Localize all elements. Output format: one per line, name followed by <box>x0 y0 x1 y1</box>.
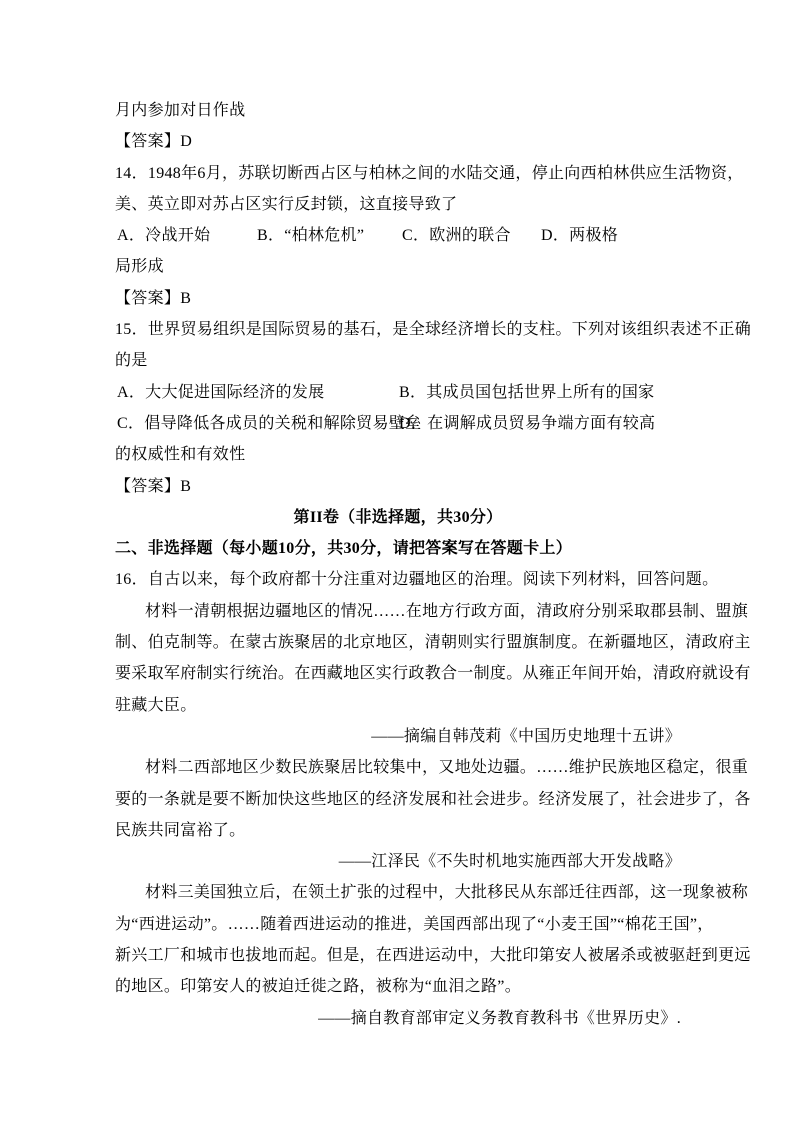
question14-option-b: B．“柏林危机” <box>257 220 364 251</box>
question13-stem-continuation: 月内参加对日作战 <box>115 95 681 126</box>
question15-options-row1: A．大大促进国际经济的发展 B．其成员国包括世界上所有的国家 <box>115 377 681 408</box>
part2-subheading: 二、非选择题（每小题10分，共30分，请把答案写在答题卡上） <box>115 533 681 564</box>
material3-line2: 为“西进运动”。……随着西进运动的推进，美国西部出现了“小麦王国”“棉花王国”， <box>115 909 681 940</box>
question14-options-row: A．冷战开始 B．“柏林危机” C．欧洲的联合 D．两极格 <box>115 220 681 251</box>
answer-question14: 【答案】B <box>115 283 681 314</box>
material1-line2: 制、伯克制等。在蒙古族聚居的北京地区，清朝则实行盟旗制度。在新疆地区，清政府主 <box>115 627 681 658</box>
answer-question13: 【答案】D <box>115 126 681 157</box>
material1-line4: 驻藏大臣。 <box>115 690 681 721</box>
question15-stem-line2: 的是 <box>115 345 681 376</box>
part2-heading: 第II卷（非选择题，共30分） <box>115 502 681 533</box>
question15-options-row2: C．倡导降低各成员的关税和解除贸易壁垒 D．在调解成员贸易争端方面有较高 <box>115 408 681 439</box>
question15-option-d: D．在调解成员贸易争端方面有较高 <box>399 408 655 439</box>
material2-source-citation: ——江泽民《不失时机地实施西部大开发战略》 <box>115 846 681 877</box>
question14-option-a: A．冷战开始 <box>117 220 210 251</box>
question16-stem: 16．自古以来，每个政府都十分注重对边疆地区的治理。阅读下列材料，回答问题。 <box>115 564 681 595</box>
material1-source-citation: ——摘编自韩茂莉《中国历史地理十五讲》 <box>115 721 681 752</box>
material2-line3: 民族共同富裕了。 <box>115 815 681 846</box>
exam-document-page: 月内参加对日作战 【答案】D 14．1948年6月，苏联切断西占区与柏林之间的水… <box>0 0 794 1123</box>
material3-line1: 材料三美国独立后，在领土扩张的过程中，大批移民从东部迁往西部，这一现象被称 <box>115 877 681 908</box>
question14-option-d-overflow: 局形成 <box>115 251 681 282</box>
question15-option-b: B．其成员国包括世界上所有的国家 <box>399 377 654 408</box>
exam-content: 月内参加对日作战 【答案】D 14．1948年6月，苏联切断西占区与柏林之间的水… <box>115 95 681 1034</box>
question15-option-d-overflow: 的权威性和有效性 <box>115 439 681 470</box>
question14-stem-line1: 14．1948年6月，苏联切断西占区与柏林之间的水陆交通，停止向西柏林供应生活物… <box>115 158 681 189</box>
answer-question15: 【答案】B <box>115 471 681 502</box>
material1-line1: 材料一清朝根据边疆地区的情况……在地方行政方面，清政府分别采取郡县制、盟旗 <box>115 596 681 627</box>
material3-line4: 的地区。印第安人的被迫迁徙之路，被称为“血泪之路”。 <box>115 971 681 1002</box>
material2-line2: 要的一条就是要不断加快这些地区的经济发展和社会进步。经济发展了，社会进步了，各 <box>115 784 681 815</box>
question14-option-c: C．欧洲的联合 <box>402 220 511 251</box>
question14-stem-line2: 美、英立即对苏占区实行反封锁，这直接导致了 <box>115 189 681 220</box>
material3-source-citation: ——摘自教育部审定义务教育教科书《世界历史》. <box>115 1003 681 1034</box>
material3-line3: 新兴工厂和城市也拔地而起。但是，在西进运动中，大批印第安人被屠杀或被驱赶到更远 <box>115 940 681 971</box>
material2-line1: 材料二西部地区少数民族聚居比较集中，又地处边疆。……维护民族地区稳定，很重 <box>115 752 681 783</box>
question14-option-d: D．两极格 <box>541 220 618 251</box>
question15-stem-line1: 15．世界贸易组织是国际贸易的基石，是全球经济增长的支柱。下列对该组织表述不正确 <box>115 314 681 345</box>
material1-line3: 要采取军府制实行统治。在西藏地区实行政教合一制度。从雍正年间开始，清政府就设有 <box>115 658 681 689</box>
question15-option-a: A．大大促进国际经济的发展 <box>117 377 324 408</box>
question15-option-c: C．倡导降低各成员的关税和解除贸易壁垒 <box>117 408 421 439</box>
